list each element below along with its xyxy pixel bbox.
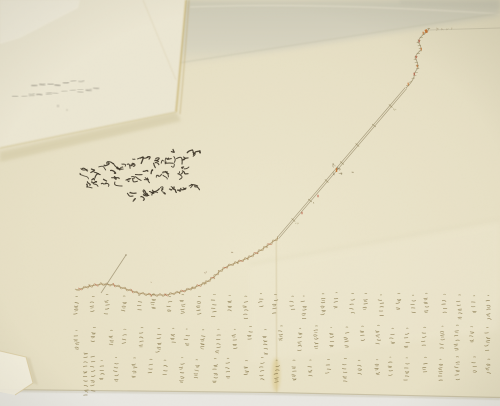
- map-photo-canvas: [0, 0, 500, 406]
- photograph-of-folded-map: [0, 0, 500, 406]
- paper-texture-overlay: [0, 0, 500, 406]
